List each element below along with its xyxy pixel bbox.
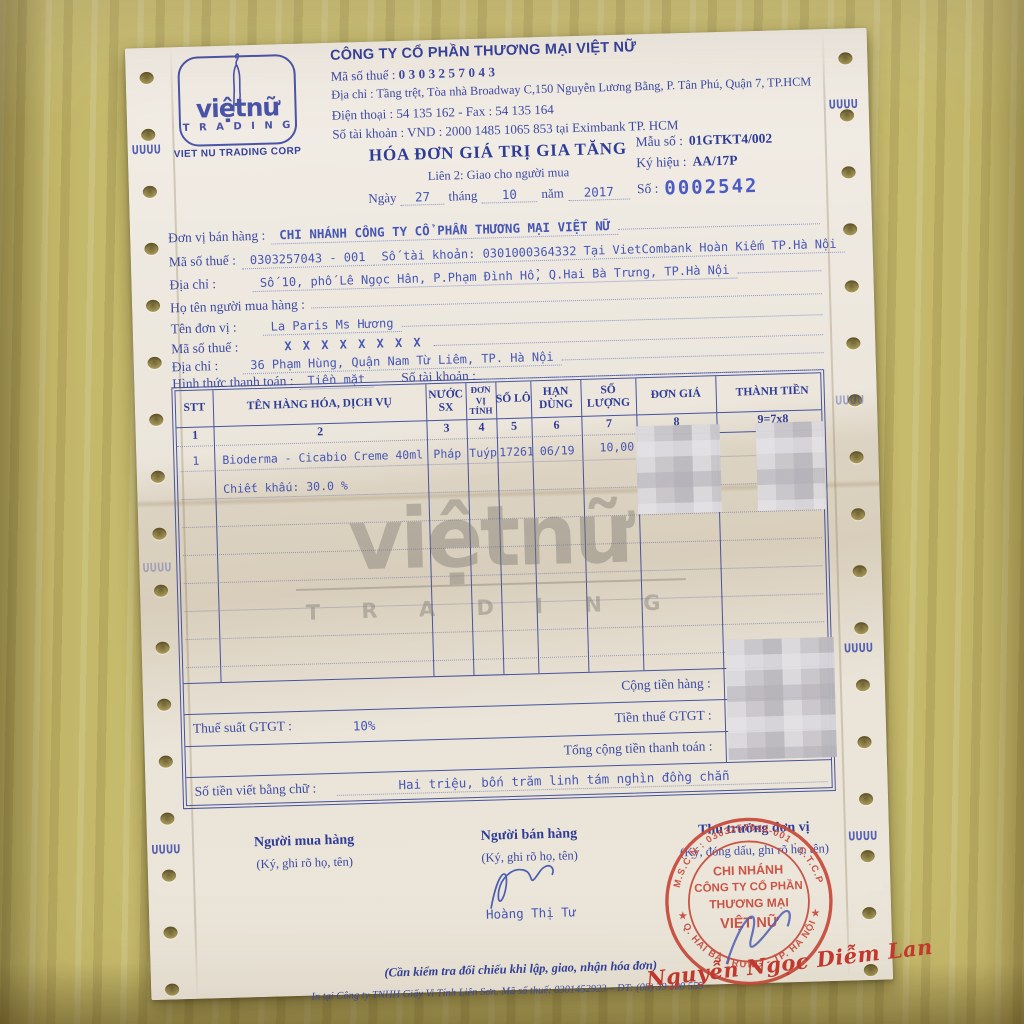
company-tax-label: Mã số thuế : — [330, 67, 395, 84]
invoice-date-line: Ngày 27 tháng 10 năm 2017 — [349, 183, 649, 207]
perforation-hole — [862, 907, 876, 919]
perforation-hole — [140, 72, 154, 84]
item-batch: 17261 — [499, 444, 534, 459]
perforation-hole — [856, 679, 870, 691]
company-tax-value: 0303257043 — [398, 64, 498, 82]
photo-scene: UUUU UUUU UUUU UUUU UUUU UUUU UUUU việtn… — [0, 0, 1024, 1024]
perforation-hole — [157, 699, 171, 711]
date-month-value: 10 — [481, 186, 537, 204]
invoice-meta: Mẫu số : 01GTKT4/002 Ký hiệu : AA/17P Số… — [635, 131, 773, 204]
col-header-nuoc-sx: NƯỚC SX — [425, 383, 466, 420]
col-header-don-vi-tinh: ĐƠN VỊ TÍNH — [465, 382, 496, 419]
perforation-hole — [162, 869, 176, 881]
logo-corp-text: VIET NU TRADING CORP — [174, 146, 302, 161]
subtotal-label: Cộng tiền hàng : — [451, 675, 711, 698]
perforation-hole — [154, 585, 168, 597]
invoice-title: HÓA ĐƠN GIÁ TRỊ GIA TĂNG — [358, 138, 638, 166]
col-header-so-lo: SỐ LÔ — [495, 381, 531, 418]
item-quantity: 10,00 — [582, 439, 634, 454]
stamp-line4: VIỆT NỮ — [720, 913, 780, 933]
col-number: 5 — [496, 418, 532, 438]
censored-unit-price — [636, 424, 722, 514]
perforation-hole — [147, 357, 161, 369]
date-year-label: năm — [541, 185, 564, 202]
seller-tax-value: 0303257043 - 001 — [242, 250, 374, 270]
col-number: 6 — [531, 417, 582, 437]
perforation-hole — [859, 793, 873, 805]
perforation-hole — [853, 565, 867, 577]
logo-figure-icon — [223, 51, 251, 118]
perforation-hole — [854, 622, 868, 634]
perforation-hole — [849, 451, 863, 463]
perforation-hole — [846, 337, 860, 349]
payment-method-value: Tiền mặt — [299, 372, 373, 390]
edge-print-mark: UUUU — [844, 642, 874, 656]
date-day-value: 27 — [400, 189, 444, 206]
perforation-hole — [143, 186, 157, 198]
col-header-han-dung: HẠN DÙNG — [530, 380, 581, 417]
date-day-label: Ngày — [368, 190, 397, 207]
item-unit: Tuýp — [469, 445, 497, 460]
invoice-no-value: 0002542 — [664, 175, 759, 200]
edge-print-mark: UUUU — [132, 144, 162, 158]
buyer-person-label: Họ tên người mua hàng : — [170, 296, 311, 316]
form-no-value: 01GTKT4/002 — [689, 131, 773, 149]
item-country: Pháp — [427, 446, 467, 461]
perforation-hole — [165, 983, 179, 995]
perforation-hole — [851, 508, 865, 520]
buyer-signature-note: (Ký, ghi rõ họ, tên) — [205, 853, 405, 874]
vat-rate-label: Thuế suất GTGT : — [193, 718, 293, 737]
stamp-line3: THƯƠNG MẠI — [709, 895, 789, 911]
seller-signature-title: Người bán hàng — [429, 825, 629, 847]
col-header-thanh-tien: THÀNH TIỀN — [715, 373, 829, 412]
invoice-no-label: Số : — [637, 181, 659, 198]
perforation-hole — [857, 736, 871, 748]
stamp-line2: CÔNG TY CỔ PHẦN — [694, 879, 803, 895]
serial-label: Ký hiệu : — [636, 154, 687, 171]
perforation-hole — [843, 223, 857, 235]
amount-words-label: Số tiền viết bằng chữ : — [194, 780, 316, 799]
invoice-copy-label: Liên 2: Giao cho người mua — [358, 163, 638, 186]
edge-print-mark: UUUU — [835, 394, 865, 408]
col-header-don-gia: ĐƠN GIÁ — [635, 376, 716, 414]
perforation-hole — [141, 129, 155, 141]
vat-rate-value: 10% — [353, 718, 376, 734]
perforation-hole — [159, 755, 173, 767]
edge-print-mark: UUUU — [829, 98, 859, 112]
perforation-hole — [845, 280, 859, 292]
stamp-line1: CHI NHÁNH — [713, 861, 784, 878]
vat-amount-label: Tiền thuế GTGT : — [452, 707, 712, 730]
perforation-hole — [146, 300, 160, 312]
seller-signed-name: Hoàng Thị Tư — [431, 903, 631, 924]
company-name: CÔNG TY CỔ PHẦN THƯƠNG MẠI VIỆT NỮ — [330, 39, 637, 64]
seller-tax-label: Mã số thuế : — [169, 252, 243, 270]
payment-method-label: Hình thức thanh toán : — [172, 373, 300, 393]
buyer-signature-title: Người mua hàng — [204, 831, 404, 853]
buyer-unit-label: Tên đơn vị : — [170, 319, 242, 337]
invoice-paper: UUUU UUUU UUUU UUUU UUUU UUUU UUUU việtn… — [125, 28, 893, 1000]
edge-print-mark: UUUU — [142, 562, 172, 576]
seller-name-label: Đơn vị bán hàng : — [168, 228, 272, 247]
perforation-hole — [163, 926, 177, 938]
censored-line-total — [756, 421, 826, 511]
perforation-hole — [149, 414, 163, 426]
logo-trading-text: T R A D I N G — [181, 120, 295, 134]
buyer-account-label: Số tài khoản : — [401, 368, 482, 386]
grand-total-label: Tổng cộng tiền thanh toán : — [452, 738, 712, 761]
col-number: 7 — [581, 415, 637, 436]
date-year-value: 2017 — [568, 184, 630, 202]
form-no-label: Mẫu số : — [635, 133, 683, 150]
edge-print-mark: UUUU — [151, 844, 181, 858]
date-month-label: tháng — [448, 188, 477, 205]
censored-totals — [726, 637, 837, 760]
perforation-hole — [151, 471, 165, 483]
serial-value: AA/17P — [692, 152, 737, 169]
company-logo: việtnữ T R A D I N G — [177, 54, 297, 147]
col-number: 3 — [426, 420, 467, 440]
perforation-hole — [861, 850, 875, 862]
item-expiry: 06/19 — [532, 443, 582, 458]
col-number: 4 — [466, 419, 497, 439]
perforation-hole — [160, 812, 174, 824]
perforation-hole — [155, 642, 169, 654]
col-header-so-luong: SỐ LƯỢNG — [580, 378, 636, 416]
edge-print-mark: UUUU — [848, 830, 878, 844]
perforation-hole — [152, 528, 166, 540]
perforation-hole — [838, 52, 852, 64]
perforation-hole — [841, 166, 855, 178]
perforation-hole — [144, 243, 158, 255]
